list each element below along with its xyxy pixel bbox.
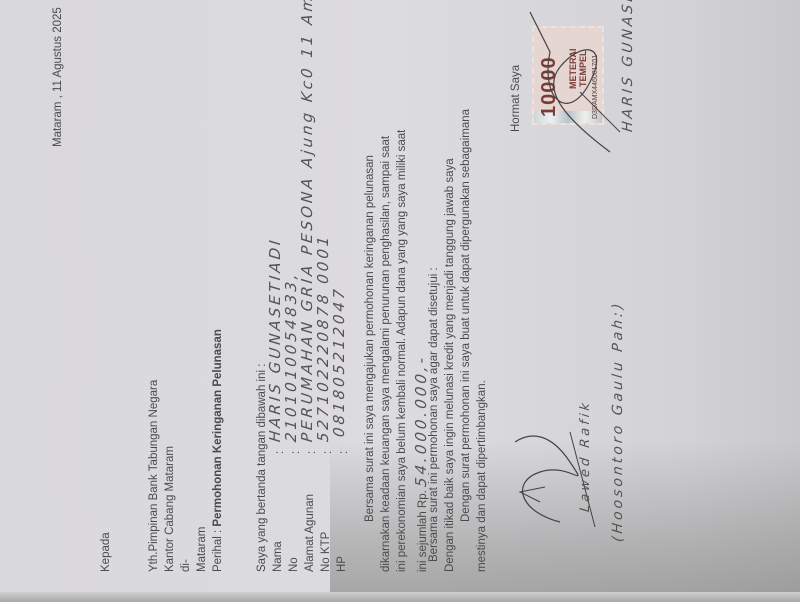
recipient-line-4: Mataram <box>196 527 208 572</box>
place-date: Mataram , 11 Agustus 2025 <box>52 7 64 147</box>
witness-name: Lawed Rafik <box>578 399 593 513</box>
to-label: Kepada <box>100 532 112 572</box>
field-label-nama: Nama <box>272 541 284 572</box>
field-label-alamat: Alamat Agunan <box>304 494 316 572</box>
field-label-no: No <box>288 557 300 572</box>
signer-name: HARIS GUNASETIADI <box>620 0 636 133</box>
field-label-ktp: No KTP <box>320 532 332 572</box>
body-line-5: Bersama surat ini permohonan saya agar d… <box>428 267 440 562</box>
body-line-2: dikarnakan keadaan keuangan saya mengala… <box>380 136 392 572</box>
body-line-8: mestinya dan dapat dipertimbangkan. <box>476 380 488 572</box>
body-line-1: Bersama surat ini saya mengajukan permoh… <box>364 155 376 522</box>
witness-signature <box>500 412 610 532</box>
subject: Permohonan Keringanan Pelunasan <box>212 329 224 526</box>
field-value-hp: 081805212047 <box>330 286 348 438</box>
recipient-line-3: di- <box>180 559 192 572</box>
subject-label: Perihal : <box>212 527 224 572</box>
field-label-hp: HP <box>336 556 348 572</box>
field-colons: ::::: <box>272 451 352 454</box>
recipient-line-1: Yth.Pimpinan Bank Tabungan Negara <box>148 380 160 572</box>
body-line-3: ini perekonomian saya belum kembali norm… <box>396 130 408 572</box>
body-line-6: Dengan itikad baik saya ingin melunasi k… <box>444 158 456 572</box>
letter-page: Mataram , 11 Agustus 2025 Kepada Yth.Pim… <box>0 0 800 602</box>
subject-line: Perihal : Permohonan Keringanan Pelunasa… <box>212 329 224 572</box>
body-line-7: Dengan surat permohonan ini saya buat un… <box>460 109 472 522</box>
recipient-line-2: Kantor Cabang Mataram <box>164 446 176 572</box>
witness-note: (Hoosontoro Gaulu Pah:) <box>610 300 626 543</box>
